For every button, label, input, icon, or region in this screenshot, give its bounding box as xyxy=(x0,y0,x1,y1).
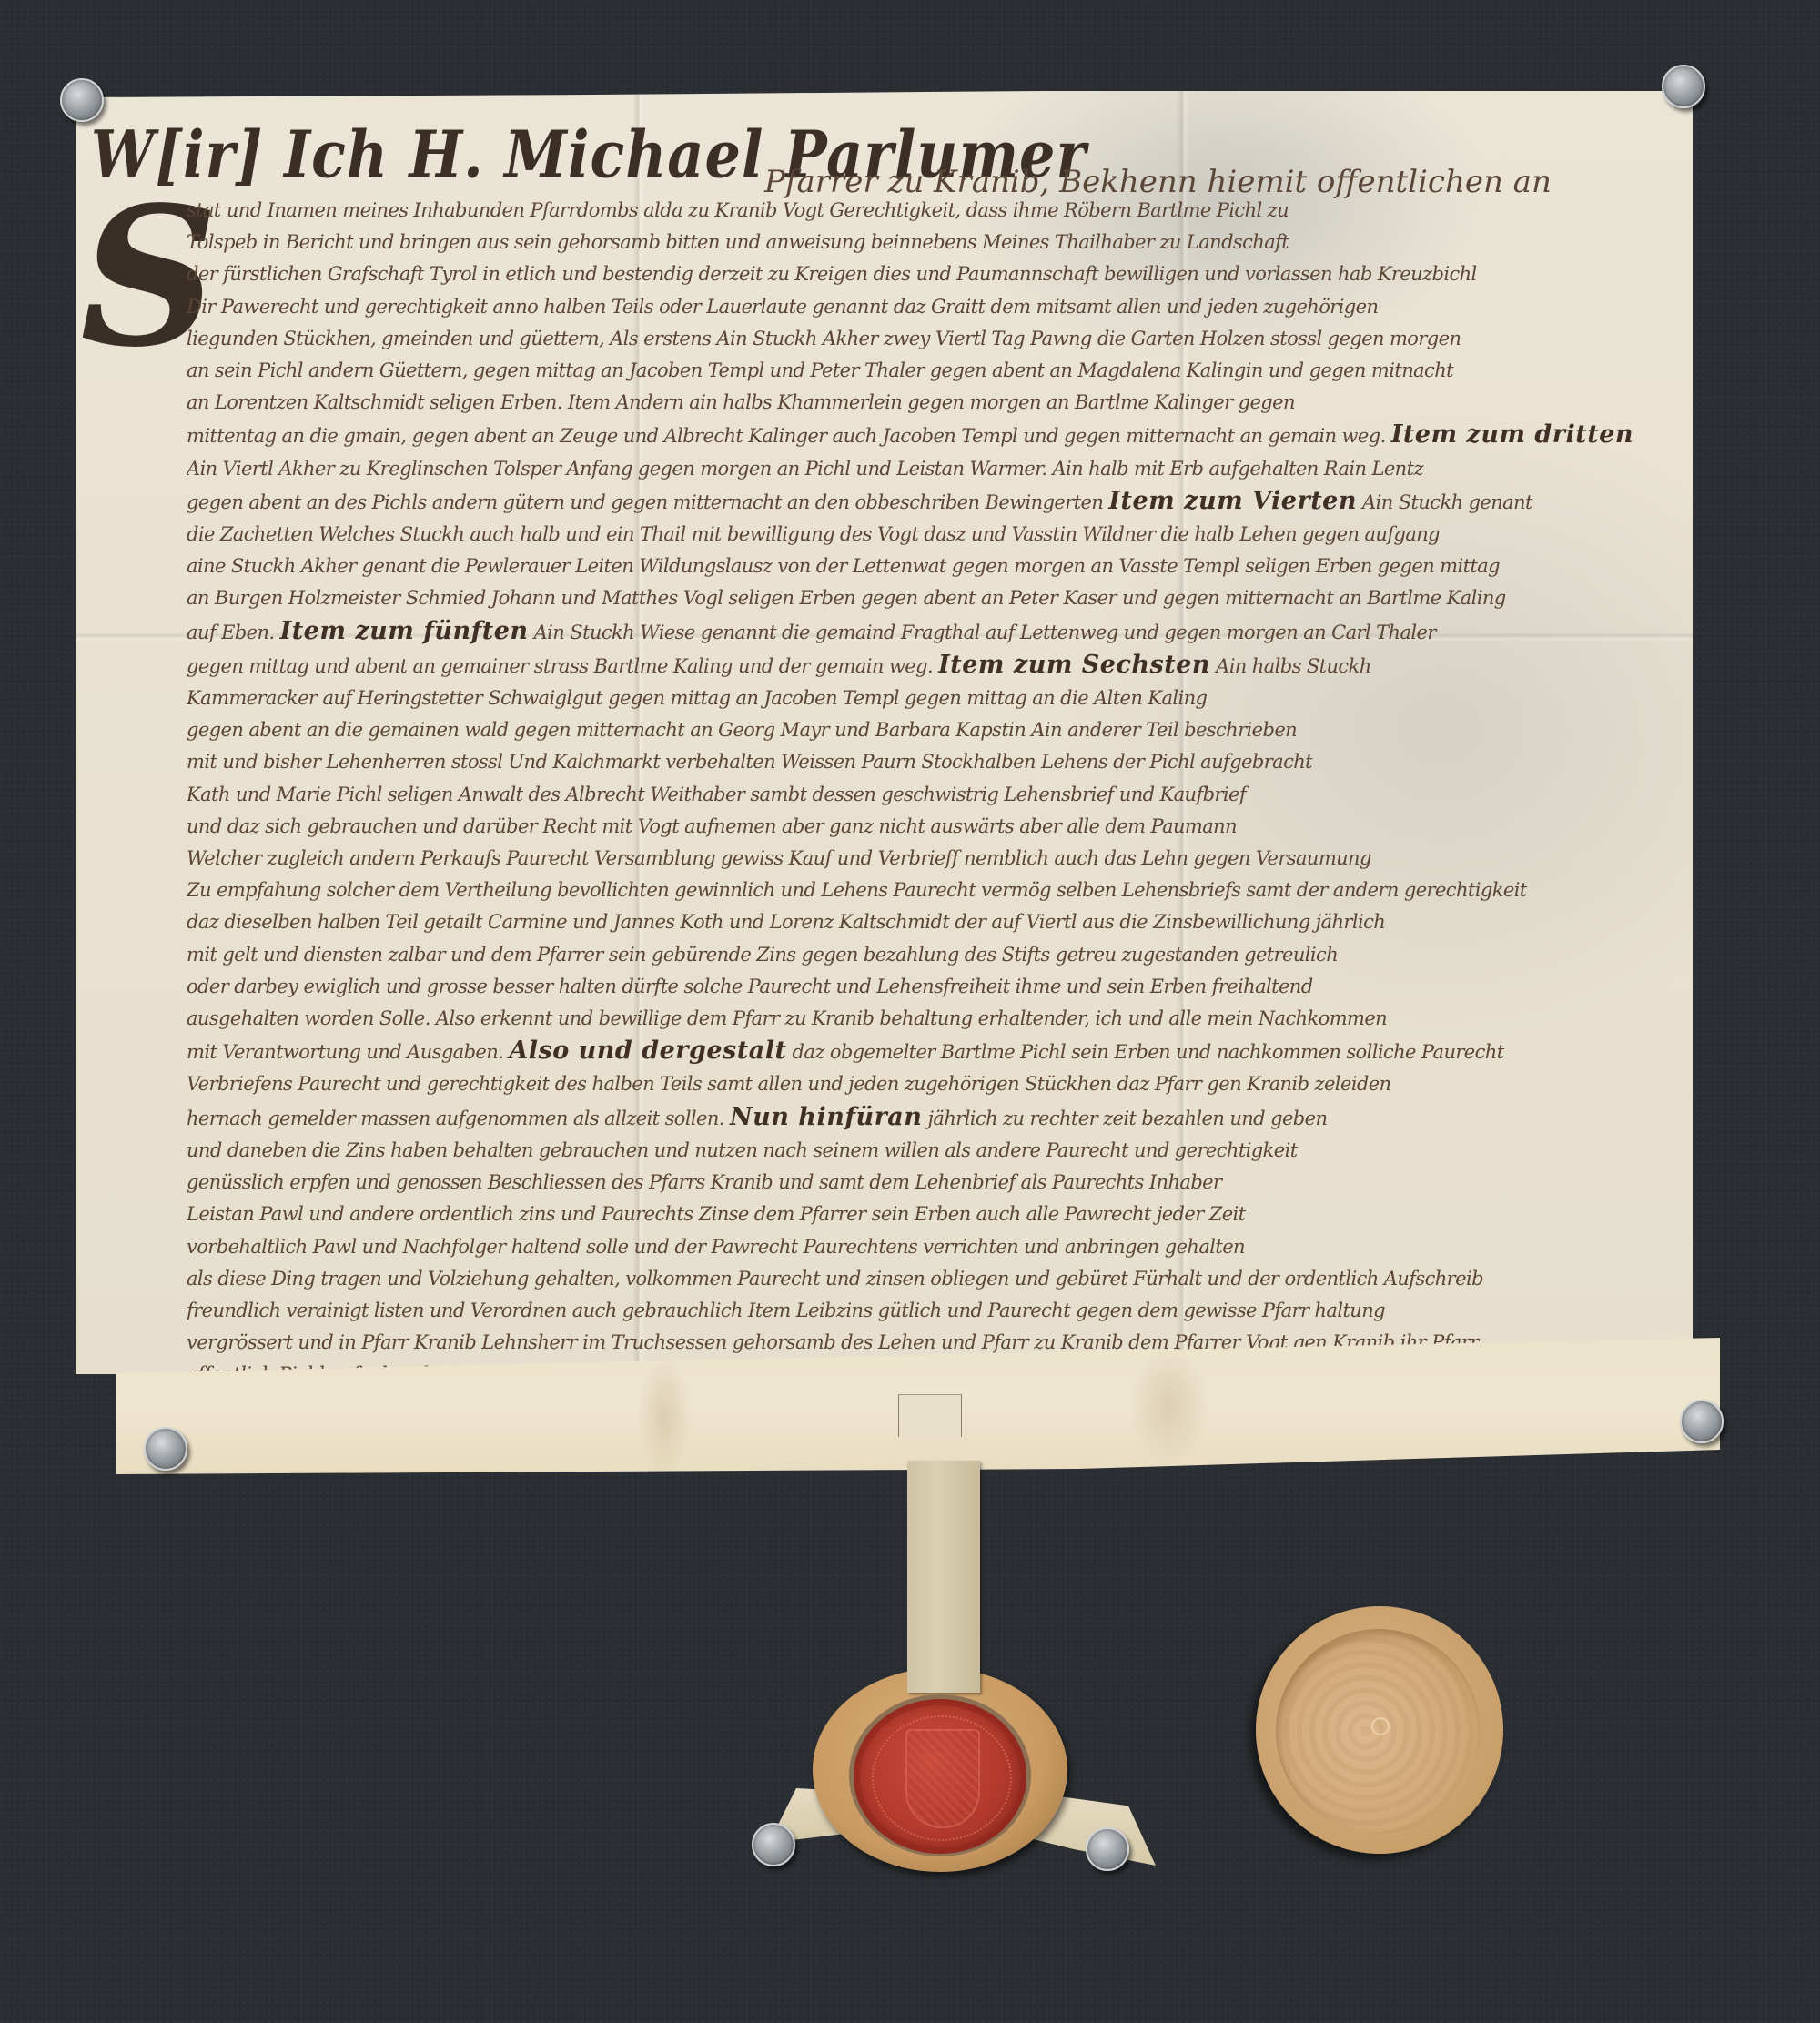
text-line: mit und bisher Lehenherren stossl Und Ka… xyxy=(187,746,1670,778)
text-line: daz dieselben halben Teil getailt Carmin… xyxy=(187,906,1670,938)
seal-strap xyxy=(907,1461,980,1693)
text-line: Dir Pawerecht und gerechtigkeit anno hal… xyxy=(187,291,1670,323)
text-line: als diese Ding tragen und Volziehung geh… xyxy=(187,1263,1670,1295)
magnet-icon xyxy=(60,78,104,122)
text-line: mit gelt und diensten zalbar und dem Pfa… xyxy=(187,939,1670,971)
stain xyxy=(1128,1347,1210,1465)
text-line: Welcher zugleich andern Perkaufs Paurech… xyxy=(187,843,1670,875)
text-line: stat und Inamen meines Inhabunden Pfarrd… xyxy=(187,195,1670,227)
text-line: Zu empfahung solcher dem Vertheilung bev… xyxy=(187,875,1670,906)
magnet-icon xyxy=(1662,65,1705,108)
text-line: und daneben die Zins haben behalten gebr… xyxy=(187,1135,1670,1167)
text-line: Leistan Pawl und andere ordentlich zins … xyxy=(187,1199,1670,1230)
text-line: Tolspeb in Bericht und bringen aus sein … xyxy=(187,227,1670,258)
text-line: ausgehalten worden Solle. Also erkennt u… xyxy=(187,1003,1670,1035)
text-line: der fürstlichen Grafschaft Tyrol in etli… xyxy=(187,258,1670,290)
text-line: liegunden Stückhen, gmeinden und güetter… xyxy=(187,323,1670,355)
text-line: auf Eben. Item zum fünften Ain Stuckh Wi… xyxy=(187,615,1670,649)
coat-of-arms-icon xyxy=(905,1729,980,1828)
text-line: gegen mittag und abent an gemainer stras… xyxy=(187,649,1670,683)
text-line: hernach gemelder massen aufgenommen als … xyxy=(187,1101,1670,1135)
text-line: Kath und Marie Pichl seligen Anwalt des … xyxy=(187,779,1670,811)
text-line: an sein Pichl andern Güettern, gegen mit… xyxy=(187,355,1670,387)
emphasized-phrase: Item zum dritten xyxy=(1391,420,1633,449)
text-line: vorbehaltlich Pawl und Nachfolger halten… xyxy=(187,1231,1670,1263)
text-line: an Lorentzen Kaltschmidt seligen Erben. … xyxy=(187,387,1670,419)
text-line: mittentag an die gmain, gegen abent an Z… xyxy=(187,419,1670,452)
stain xyxy=(637,1356,692,1474)
text-line: aine Stuckh Akher genant die Pewlerauer … xyxy=(187,551,1670,582)
text-line: mit Verantwortung und Ausgaben. Also und… xyxy=(187,1035,1670,1068)
emphasized-phrase: Item zum Vierten xyxy=(1108,487,1357,515)
emphasized-phrase: Nun hinfüran xyxy=(730,1103,922,1131)
emphasized-phrase: Item zum Sechsten xyxy=(938,651,1210,679)
text-line: an Burgen Holzmeister Schmied Johann und… xyxy=(187,582,1670,614)
text-line: oder darbey ewiglich und grosse besser h… xyxy=(187,971,1670,1003)
text-line: gegen abent an des Pichls andern gütern … xyxy=(187,485,1670,519)
magnet-icon xyxy=(1086,1827,1129,1871)
document-body: stat und Inamen meines Inhabunden Pfarrd… xyxy=(187,195,1670,1425)
lid-center-mark xyxy=(1371,1717,1390,1735)
text-line: gegen abent an die gemainen wald gegen m… xyxy=(187,714,1670,746)
text-line: Ain Viertl Akher zu Kreglinschen Tolsper… xyxy=(187,453,1670,485)
magnet-icon xyxy=(1680,1400,1724,1443)
magnet-icon xyxy=(752,1823,795,1866)
text-line: genüsslich erpfen und genossen Beschlies… xyxy=(187,1167,1670,1199)
magnet-icon xyxy=(144,1427,187,1471)
text-line: Verbriefens Paurecht und gerechtigkeit d… xyxy=(187,1068,1670,1100)
emphasized-phrase: Item zum fünften xyxy=(280,617,529,645)
seal-slot xyxy=(898,1394,962,1437)
text-line: Kammeracker auf Heringstetter Schwaiglgu… xyxy=(187,683,1670,714)
text-line: und daz sich gebrauchen und darüber Rech… xyxy=(187,811,1670,843)
text-line: die Zachetten Welches Stuckh auch halb u… xyxy=(187,519,1670,551)
emphasized-phrase: Also und dergestalt xyxy=(509,1037,786,1065)
text-line: freundlich verainigt listen und Verordne… xyxy=(187,1295,1670,1327)
